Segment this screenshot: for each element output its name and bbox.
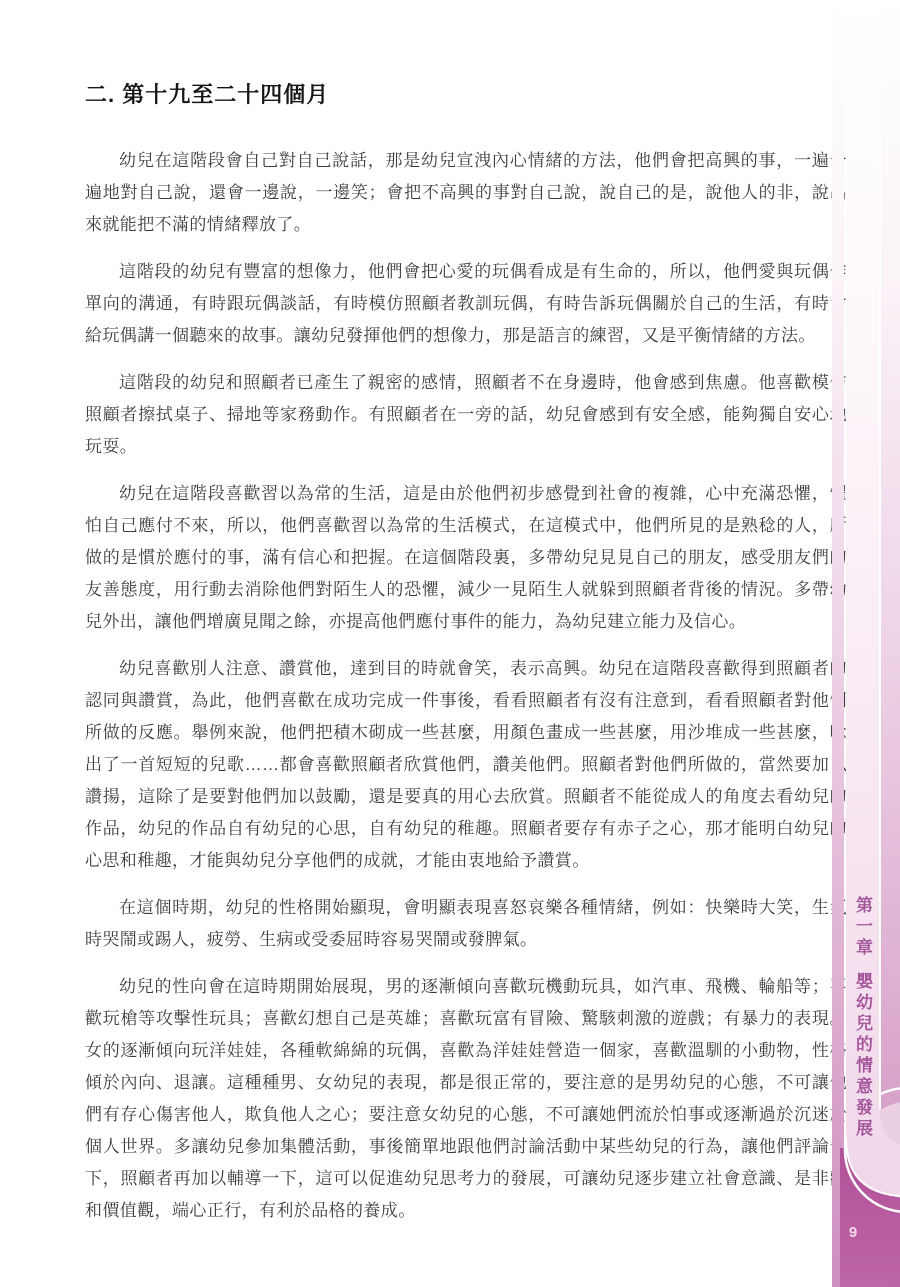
section-heading: 二. 第十九至二十四個月 [85,78,847,109]
side-band-right [881,0,900,1287]
paragraph: 幼兒在這階段會自己對自己說話，那是幼兒宣洩內心情緒的方法，他們會把高興的事，一遍… [85,145,847,241]
paragraph: 幼兒喜歡別人注意、讚賞他，達到目的時就會笑，表示高興。幼兒在這階段喜歡得到照顧者… [85,653,847,877]
document-page: 二. 第十九至二十四個月 幼兒在這階段會自己對自己說話，那是幼兒宣洩內心情緒的方… [0,0,900,1287]
paragraph: 幼兒在這階段喜歡習以為常的生活，這是由於他們初步感覺到社會的複雜，心中充滿恐懼，… [85,478,847,638]
chapter-tab-number: 第一章 [845,896,880,959]
page-number: 9 [840,1224,866,1241]
side-band-left [832,0,844,1287]
paragraph: 幼兒的性向會在這時期開始展現，男的逐漸傾向喜歡玩機動玩具，如汽車、飛機、輪船等；… [85,971,847,1227]
paragraph: 這階段的幼兒有豐富的想像力，他們會把心愛的玩偶看成是有生命的，所以，他們愛與玩偶… [85,256,847,352]
page-content: 二. 第十九至二十四個月 幼兒在這階段會自己對自己說話，那是幼兒宣洩內心情緒的方… [85,78,847,1242]
paragraph: 在這個時期，幼兒的性格開始顯現，會明顯表現喜怒哀樂各種情緒，例如：快樂時大笑，生… [85,892,847,956]
paragraph: 這階段的幼兒和照顧者已產生了親密的感情，照顧者不在身邊時，他會感到焦慮。他喜歡模… [85,367,847,463]
chapter-tab: 第一章 嬰幼兒的情意發展 [845,896,880,1140]
chapter-tab-title: 嬰幼兒的情意發展 [845,972,880,1140]
